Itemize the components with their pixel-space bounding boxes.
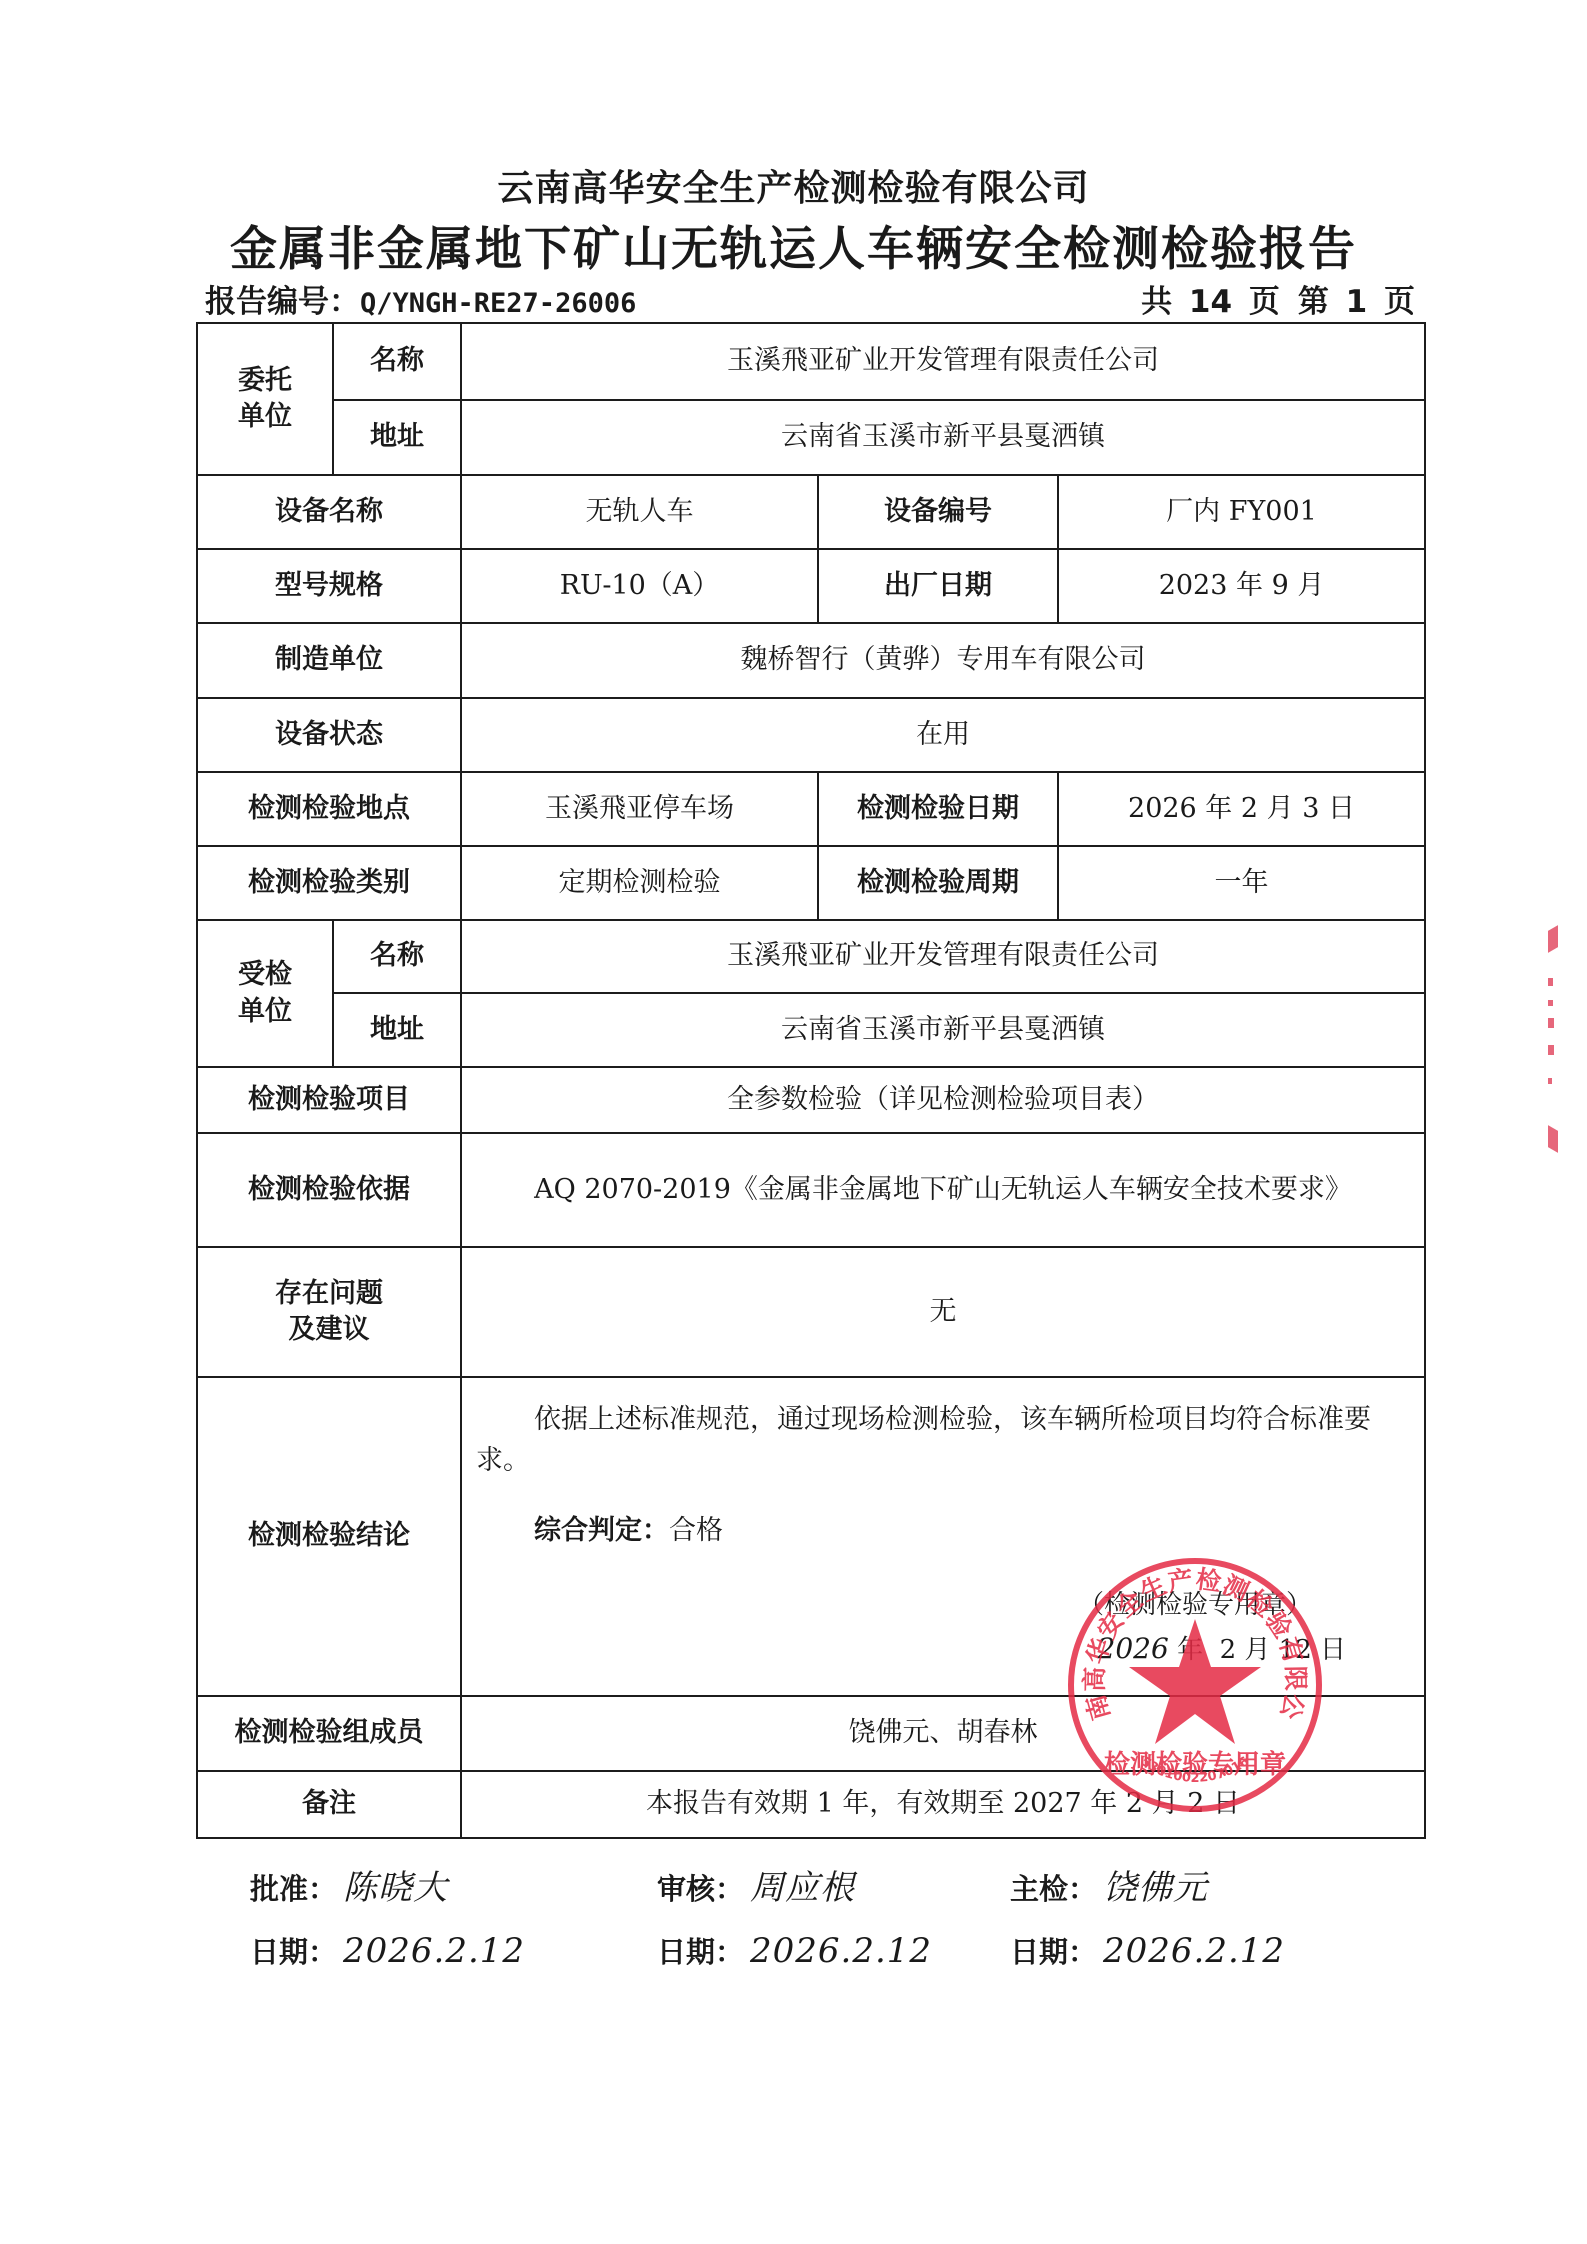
team-label: 检测检验组成员 (197, 1696, 461, 1771)
inspected-address: 云南省玉溪市新平县戛洒镇 (461, 993, 1425, 1067)
seam-seal-mark (1548, 1045, 1554, 1055)
seal-date-year: 2026 (1098, 1632, 1169, 1665)
table-row: 地址 云南省玉溪市新平县戛洒镇 (197, 993, 1425, 1067)
issues-suggestions: 无 (461, 1247, 1425, 1377)
equipment-name: 无轨人车 (461, 475, 818, 549)
seal-date: 2026 年 2 月 12 日 (1098, 1630, 1346, 1668)
approve-sig: 陈晓大 (343, 1868, 448, 1908)
inspection-items: 全参数检验（详见检测检验项目表） (461, 1067, 1425, 1133)
mfg-date-label: 出厂日期 (818, 549, 1058, 623)
manufacturer-label: 制造单位 (197, 623, 461, 698)
review-date: 日期：2026.2.12 (657, 1930, 932, 1971)
chief-date: 日期：2026.2.12 (1010, 1930, 1285, 1971)
remarks: 本报告有效期 1 年，有效期至 2027 年 2 月 2 日 (461, 1771, 1425, 1838)
review-label: 审核： (657, 1872, 744, 1906)
manufacturer: 魏桥智行（黄骅）专用车有限公司 (461, 623, 1425, 698)
inspection-basis: AQ 2070-2019《金属非金属地下矿山无轨运人车辆安全技术要求》 (461, 1133, 1425, 1247)
report-title: 金属非金属地下矿山无轨运人车辆安全检测检验报告 (0, 212, 1587, 279)
review-date-label: 日期： (657, 1935, 744, 1969)
cycle-label: 检测检验周期 (818, 846, 1058, 920)
equipment-no: 厂内 FY001 (1058, 475, 1425, 549)
seam-seal-mark (1548, 1125, 1558, 1153)
issues-label: 存在问题 及建议 (197, 1247, 461, 1377)
review-signature: 审核：周应根 (657, 1860, 855, 1909)
judgement-label: 综合判定： (534, 1515, 669, 1546)
conclusion-text: 依据上述标准规范，通过现场检测检验，该车辆所检项目均符合标准要求。 (476, 1400, 1414, 1481)
company-name: 云南高华安全生产检测检验有限公司 (0, 160, 1587, 211)
location-label: 检测检验地点 (197, 772, 461, 846)
judgement-value: 合格 (669, 1515, 723, 1546)
table-row: 受检 单位 名称 玉溪飛亚矿业开发管理有限责任公司 (197, 920, 1425, 993)
model-label: 型号规格 (197, 549, 461, 623)
table-row: 型号规格 RU-10（A） 出厂日期 2023 年 9 月 (197, 549, 1425, 623)
category-label: 检测检验类别 (197, 846, 461, 920)
table-row: 检测检验项目 全参数检验（详见检测检验项目表） (197, 1067, 1425, 1133)
conclusion-label: 检测检验结论 (197, 1377, 461, 1696)
total-pages: 共 14 页 (1141, 284, 1280, 320)
seam-seal-mark (1548, 1000, 1553, 1006)
status-label: 设备状态 (197, 698, 461, 772)
conclusion-cell: 依据上述标准规范，通过现场检测检验，该车辆所检项目均符合标准要求。 综合判定：合… (461, 1377, 1425, 1696)
seam-seal-mark (1548, 925, 1558, 953)
overall-judgement: 综合判定：合格 (534, 1513, 1424, 1549)
approve-date: 日期：2026.2.12 (250, 1930, 525, 1971)
table-row: 地址 云南省玉溪市新平县戛洒镇 (197, 400, 1425, 475)
chief-date-label: 日期： (1010, 1935, 1097, 1969)
review-sig: 周应根 (750, 1868, 855, 1908)
inspection-location: 玉溪飛亚停车场 (461, 772, 818, 846)
inspection-date-label: 检测检验日期 (818, 772, 1058, 846)
inspected-name: 玉溪飛亚矿业开发管理有限责任公司 (461, 920, 1425, 993)
report-table: 委托 单位 名称 玉溪飛亚矿业开发管理有限责任公司 地址 云南省玉溪市新平县戛洒… (196, 322, 1426, 1839)
client-name-label: 名称 (333, 323, 461, 400)
seam-seal-mark (1548, 1078, 1552, 1084)
chief-label: 主检： (1010, 1872, 1097, 1906)
model: RU-10（A） (461, 549, 818, 623)
table-row: 制造单位 魏桥智行（黄骅）专用车有限公司 (197, 623, 1425, 698)
client-address-label: 地址 (333, 400, 461, 475)
report-number-label: 报告编号： (205, 284, 360, 320)
remarks-label: 备注 (197, 1771, 461, 1838)
approve-date-value: 2026.2.12 (343, 1931, 525, 1971)
seam-seal-mark (1548, 978, 1553, 986)
inspection-cycle: 一年 (1058, 846, 1425, 920)
table-row: 检测检验依据 AQ 2070-2019《金属非金属地下矿山无轨运人车辆安全技术要… (197, 1133, 1425, 1247)
seal-note: （检测检验专用章） (1078, 1588, 1312, 1623)
seal-date-rest: 年 2 月 12 日 (1169, 1635, 1346, 1665)
inspected-name-label: 名称 (333, 920, 461, 993)
equipment-status: 在用 (461, 698, 1425, 772)
table-row: 设备状态 在用 (197, 698, 1425, 772)
client-address: 云南省玉溪市新平县戛洒镇 (461, 400, 1425, 475)
equipment-no-label: 设备编号 (818, 475, 1058, 549)
report-meta-row: 报告编号：Q/YNGH-RE27-26006 共 14 页第 1 页 (205, 276, 1415, 320)
approve-label: 批准： (250, 1872, 337, 1906)
inspected-address-label: 地址 (333, 993, 461, 1067)
chief-date-value: 2026.2.12 (1103, 1931, 1285, 1971)
inspected-group-label: 受检 单位 (197, 920, 333, 1067)
table-row: 检测检验组成员 饶佛元、胡春林 (197, 1696, 1425, 1771)
approve-date-label: 日期： (250, 1935, 337, 1969)
inspection-date: 2026 年 2 月 3 日 (1058, 772, 1425, 846)
table-row: 检测检验类别 定期检测检验 检测检验周期 一年 (197, 846, 1425, 920)
seam-seal-mark (1548, 1018, 1554, 1028)
approve-signature: 批准：陈晓大 (250, 1860, 448, 1909)
inspection-team: 饶佛元、胡春林 (461, 1696, 1425, 1771)
chief-signature: 主检：饶佛元 (1010, 1860, 1208, 1909)
review-date-value: 2026.2.12 (750, 1931, 932, 1971)
items-label: 检测检验项目 (197, 1067, 461, 1133)
table-row: 设备名称 无轨人车 设备编号 厂内 FY001 (197, 475, 1425, 549)
client-name: 玉溪飛亚矿业开发管理有限责任公司 (461, 323, 1425, 400)
table-row: 检测检验地点 玉溪飛亚停车场 检测检验日期 2026 年 2 月 3 日 (197, 772, 1425, 846)
report-number-value: Q/YNGH-RE27-26006 (360, 288, 636, 319)
table-row: 检测检验结论 依据上述标准规范，通过现场检测检验，该车辆所检项目均符合标准要求。… (197, 1377, 1425, 1696)
table-row: 委托 单位 名称 玉溪飛亚矿业开发管理有限责任公司 (197, 323, 1425, 400)
equipment-name-label: 设备名称 (197, 475, 461, 549)
mfg-date: 2023 年 9 月 (1058, 549, 1425, 623)
report-number: 报告编号：Q/YNGH-RE27-26006 (205, 276, 636, 321)
chief-sig: 饶佛元 (1103, 1868, 1208, 1908)
table-row: 存在问题 及建议 无 (197, 1247, 1425, 1377)
client-group-label: 委托 单位 (197, 323, 333, 475)
inspection-category: 定期检测检验 (461, 846, 818, 920)
current-page: 第 1 页 (1298, 284, 1415, 320)
basis-label: 检测检验依据 (197, 1133, 461, 1247)
table-row: 备注 本报告有效期 1 年，有效期至 2027 年 2 月 2 日 (197, 1771, 1425, 1838)
page-count: 共 14 页第 1 页 (1123, 276, 1415, 321)
